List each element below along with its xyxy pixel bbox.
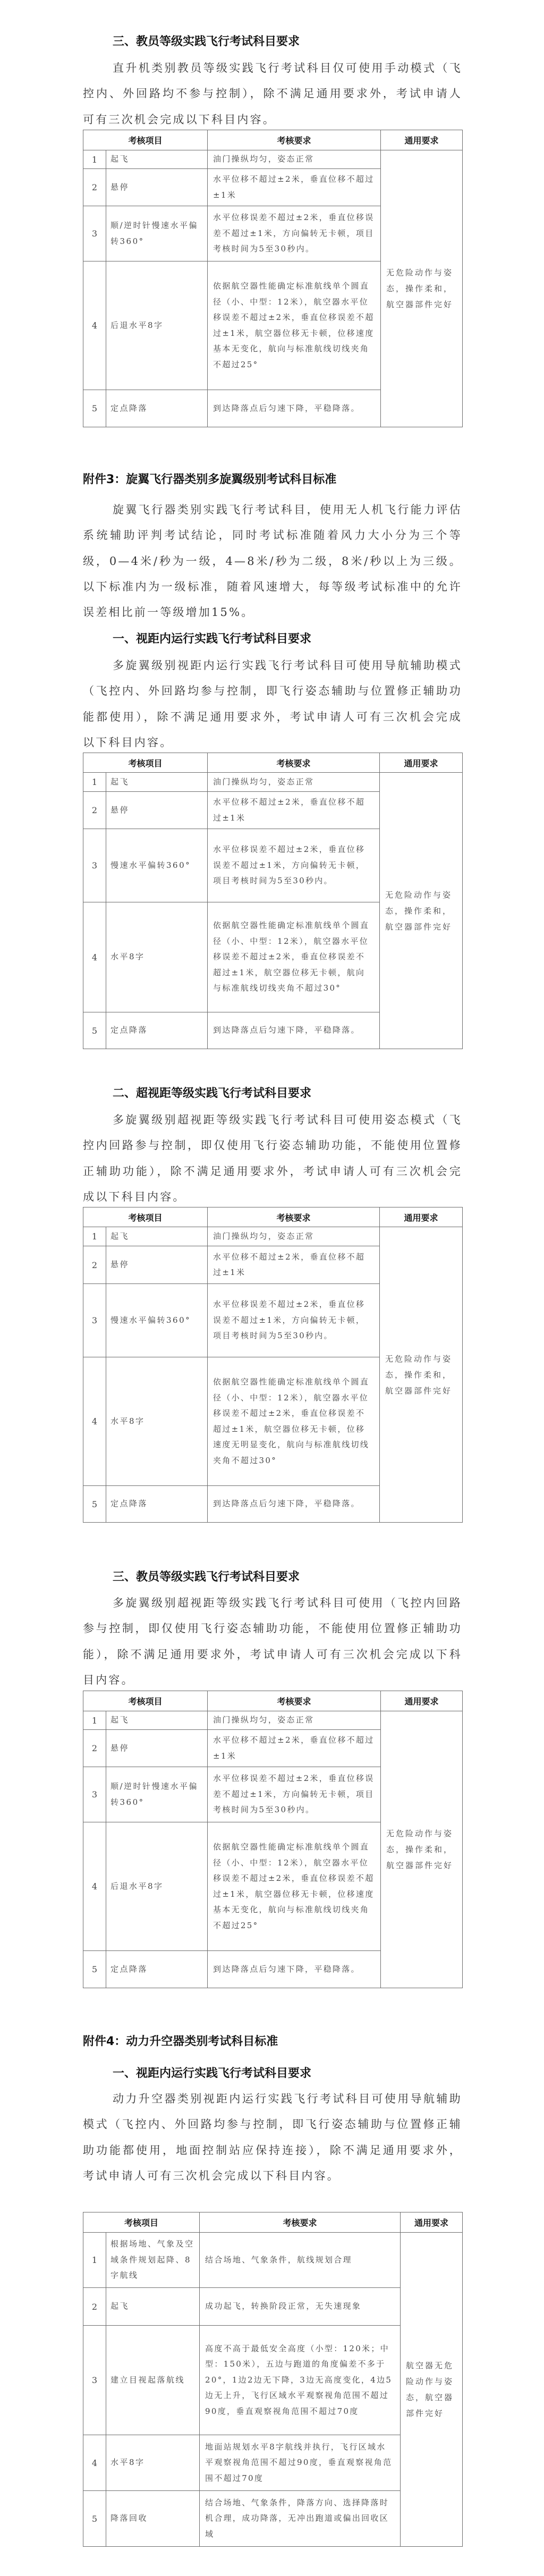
row-number: 5 <box>83 1486 106 1523</box>
row-number: 5 <box>83 390 106 427</box>
row-requirement: 油门操纵均匀，姿态正常 <box>208 773 380 792</box>
row-item: 后退水平8字 <box>106 1822 208 1951</box>
row-number: 4 <box>83 261 106 390</box>
header-item: 考核项目 <box>83 1691 208 1711</box>
row-requirement: 依据航空器性能确定标准航线单个圆直径（小、中型：12米），航空器水平位移误差不超… <box>208 1822 381 1951</box>
header-general: 通用要求 <box>380 753 463 773</box>
row-item: 悬停 <box>106 792 208 829</box>
row-item: 起飞 <box>106 1227 208 1246</box>
row-number: 3 <box>83 2326 106 2435</box>
header-item: 考核项目 <box>83 1207 208 1227</box>
row-requirement: 到达降落点后匀速下降，平稳降落。 <box>208 1012 380 1049</box>
row-requirement: 地面站规划水平8字航线并执行，飞行区域水平观察视角范围不超过90度，垂直观察视角… <box>200 2435 401 2491</box>
section-paragraph: 多旋翼级别超视距等级实践飞行考试科目可使用姿态模式（飞控内回路参与控制，即仅使用… <box>83 1107 462 1210</box>
header-requirement: 考核要求 <box>208 753 380 773</box>
row-requirement: 结合场地、气象条件，降落方向、选择降落时机合理，成功降落，无冲出跑道或偏出回收区… <box>200 2491 401 2547</box>
annex-title: 附件3：旋翼飞行器类别多旋翼级别考试科目标准 <box>83 472 336 488</box>
row-number: 2 <box>83 792 106 829</box>
section-heading: 三、教员等级实践飞行考试科目要求 <box>113 1569 300 1585</box>
row-item: 悬停 <box>106 1730 208 1767</box>
exam-table-4: 考核项目 考核要求 通用要求 1 起飞 油门操纵均匀，姿态正常 无危险动作与姿态… <box>83 1691 463 1988</box>
header-general: 通用要求 <box>401 2212 463 2233</box>
table-row: 1 起飞 油门操纵均匀，姿态正常 无危险动作与姿态，操作柔和，航空器部件完好 <box>83 1711 463 1730</box>
row-requirement: 高度不高于最低安全高度（小型：120米；中型：150米），五边与跑道的角度偏差不… <box>200 2326 401 2435</box>
row-number: 3 <box>83 206 106 261</box>
row-requirement: 水平位移不超过±2米，垂直位移不超过±1米 <box>208 792 380 829</box>
row-number: 2 <box>83 1246 106 1284</box>
row-requirement: 成功起飞，转换阶段正常，无失速现象 <box>200 2288 401 2326</box>
row-number: 1 <box>83 2233 106 2288</box>
row-item: 悬停 <box>106 1246 208 1284</box>
row-number: 1 <box>83 773 106 792</box>
section-paragraph: 直升机类别教员等级实践飞行考试科目仅可使用手动模式（飞控内、外回路均不参与控制）… <box>83 55 462 132</box>
row-requirement: 水平位移不超过±2米，垂直位移不超过±1米 <box>208 169 381 206</box>
table-row: 1 起飞 油门操纵均匀，姿态正常 无危险动作与姿态，操作柔和，航空器部件完好 <box>83 1227 463 1246</box>
section-paragraph: 多旋翼级别视距内运行实践飞行考试科目可使用导航辅助模式（飞控内、外回路均参与控制… <box>83 653 462 755</box>
general-requirement: 无危险动作与姿态，操作柔和，航空器部件完好 <box>381 150 463 427</box>
row-requirement: 水平位移不超过±2米，垂直位移不超过±1米 <box>208 1246 380 1284</box>
row-number: 3 <box>83 1767 106 1822</box>
row-requirement: 水平位移误差不超过±2米，垂直位移误差不超过±1米，方向偏转无卡顿，项目考核时间… <box>208 206 381 261</box>
row-number: 2 <box>83 2288 106 2326</box>
row-item: 慢速水平偏转360° <box>106 1284 208 1357</box>
row-item: 水平8字 <box>106 902 208 1012</box>
general-requirement: 航空器无危险动作与姿态，航空器部件完好 <box>401 2233 463 2547</box>
table-row: 1 根据场地、气象及空域条件规划起降、8字航线 结合场地、气象条件，航线规划合理… <box>83 2233 463 2288</box>
header-requirement: 考核要求 <box>208 130 381 150</box>
row-requirement: 油门操纵均匀，姿态正常 <box>208 150 381 169</box>
row-requirement: 水平位移不超过±2米，垂直位移不超过±1米 <box>208 1730 381 1767</box>
row-requirement: 到达降落点后匀速下降，平稳降落。 <box>208 1486 380 1523</box>
row-number: 4 <box>83 1822 106 1951</box>
header-requirement: 考核要求 <box>208 1207 380 1227</box>
row-number: 2 <box>83 169 106 206</box>
exam-table-3: 考核项目 考核要求 通用要求 1 起飞 油门操纵均匀，姿态正常 无危险动作与姿态… <box>83 1207 463 1523</box>
header-general: 通用要求 <box>380 1207 463 1227</box>
row-requirement: 依据航空器性能确定标准航线单个圆直径（小、中型：12米），航空器水平位移误差不超… <box>208 1357 380 1486</box>
row-number: 4 <box>83 2435 106 2491</box>
section-paragraph: 动力升空器类别视距内运行实践飞行考试科目可使用导航辅助模式（飞控内、外回路均参与… <box>83 2086 462 2189</box>
row-number: 3 <box>83 1284 106 1357</box>
header-general: 通用要求 <box>381 1691 463 1711</box>
table-row: 1 起飞 油门操纵均匀，姿态正常 无危险动作与姿态，操作柔和，航空器部件完好 <box>83 150 463 169</box>
row-number: 5 <box>83 1012 106 1049</box>
header-item: 考核项目 <box>83 130 208 150</box>
general-requirement: 无危险动作与姿态，操作柔和，航空器部件完好 <box>380 1227 463 1523</box>
row-requirement: 油门操纵均匀，姿态正常 <box>208 1711 381 1730</box>
section-heading: 一、视距内运行实践飞行考试科目要求 <box>113 631 311 647</box>
row-item: 建立目视起落航线 <box>106 2326 200 2435</box>
section-heading: 二、超视距等级实践飞行考试科目要求 <box>113 1086 311 1102</box>
row-item: 水平8字 <box>106 2435 200 2491</box>
row-item: 起飞 <box>106 1711 208 1730</box>
row-number: 2 <box>83 1730 106 1767</box>
header-requirement: 考核要求 <box>208 1691 381 1711</box>
exam-table-2: 考核项目 考核要求 通用要求 1 起飞 油门操纵均匀，姿态正常 无危险动作与姿态… <box>83 753 463 1049</box>
row-item: 定点降落 <box>106 1951 208 1988</box>
exam-table-5: 考核项目 考核要求 通用要求 1 根据场地、气象及空域条件规划起降、8字航线 结… <box>83 2212 463 2547</box>
row-number: 1 <box>83 150 106 169</box>
general-requirement: 无危险动作与姿态，操作柔和，航空器部件完好 <box>381 1711 463 1988</box>
row-item: 水平8字 <box>106 1357 208 1486</box>
section-heading: 三、教员等级实践飞行考试科目要求 <box>113 34 300 50</box>
row-requirement: 结合场地、气象条件，航线规划合理 <box>200 2233 401 2288</box>
row-item: 顺/逆时针慢速水平偏转360° <box>106 206 208 261</box>
row-item: 降落回收 <box>106 2491 200 2547</box>
header-item: 考核项目 <box>83 2212 200 2233</box>
row-number: 1 <box>83 1227 106 1246</box>
table-row: 1 起飞 油门操纵均匀，姿态正常 无危险动作与姿态，操作柔和，航空器部件完好 <box>83 773 463 792</box>
row-requirement: 依据航空器性能确定标准航线单个圆直径（小、中型：12米），航空器水平位移误差不超… <box>208 261 381 390</box>
row-item: 起飞 <box>106 773 208 792</box>
exam-table-1: 考核项目 考核要求 通用要求 1 起飞 油门操纵均匀，姿态正常 无危险动作与姿态… <box>83 130 463 427</box>
section-heading: 一、视距内运行实践飞行考试科目要求 <box>113 2066 311 2082</box>
row-number: 4 <box>83 1357 106 1486</box>
row-number: 5 <box>83 2491 106 2547</box>
row-item: 后退水平8字 <box>106 261 208 390</box>
row-item: 悬停 <box>106 169 208 206</box>
row-number: 1 <box>83 1711 106 1730</box>
row-number: 4 <box>83 902 106 1012</box>
header-item: 考核项目 <box>83 753 208 773</box>
row-item: 定点降落 <box>106 1486 208 1523</box>
row-requirement: 水平位移误差不超过±2米，垂直位移误差不超过±1米，方向偏转无卡顿，项目考核时间… <box>208 1767 381 1822</box>
header-requirement: 考核要求 <box>200 2212 401 2233</box>
row-requirement: 水平位移误差不超过±2米，垂直位移误差不超过±1米，方向偏转无卡顿，项目考核时间… <box>208 1284 380 1357</box>
row-number: 3 <box>83 829 106 902</box>
general-requirement: 无危险动作与姿态，操作柔和，航空器部件完好 <box>380 773 463 1049</box>
row-requirement: 依据航空器性能确定标准航线单个圆直径（小、中型：12米），航空器水平位移误差不超… <box>208 902 380 1012</box>
section-paragraph: 多旋翼级别超视距等级实践飞行考试科目可使用（飞控内回路参与控制，即仅使用飞行姿态… <box>83 1590 462 1693</box>
row-requirement: 到达降落点后匀速下降，平稳降落。 <box>208 1951 381 1988</box>
row-item: 定点降落 <box>106 1012 208 1049</box>
annex-paragraph: 旋翼飞行器类别实践飞行考试科目，使用无人机飞行能力评估系统辅助评判考试结论，同时… <box>83 497 462 625</box>
row-requirement: 水平位移误差不超过±2米，垂直位移误差不超过±1米，方向偏转无卡顿，项目考核时间… <box>208 829 380 902</box>
row-item: 顺/逆时针慢速水平偏转360° <box>106 1767 208 1822</box>
row-item: 根据场地、气象及空域条件规划起降、8字航线 <box>106 2233 200 2288</box>
row-item: 定点降落 <box>106 390 208 427</box>
header-general: 通用要求 <box>381 130 463 150</box>
row-item: 起飞 <box>106 150 208 169</box>
row-item: 慢速水平偏转360° <box>106 829 208 902</box>
row-requirement: 到达降落点后匀速下降，平稳降落。 <box>208 390 381 427</box>
row-requirement: 油门操纵均匀，姿态正常 <box>208 1227 380 1246</box>
row-item: 起飞 <box>106 2288 200 2326</box>
row-number: 5 <box>83 1951 106 1988</box>
annex-title: 附件4：动力升空器类别考试科目标准 <box>83 2034 278 2050</box>
